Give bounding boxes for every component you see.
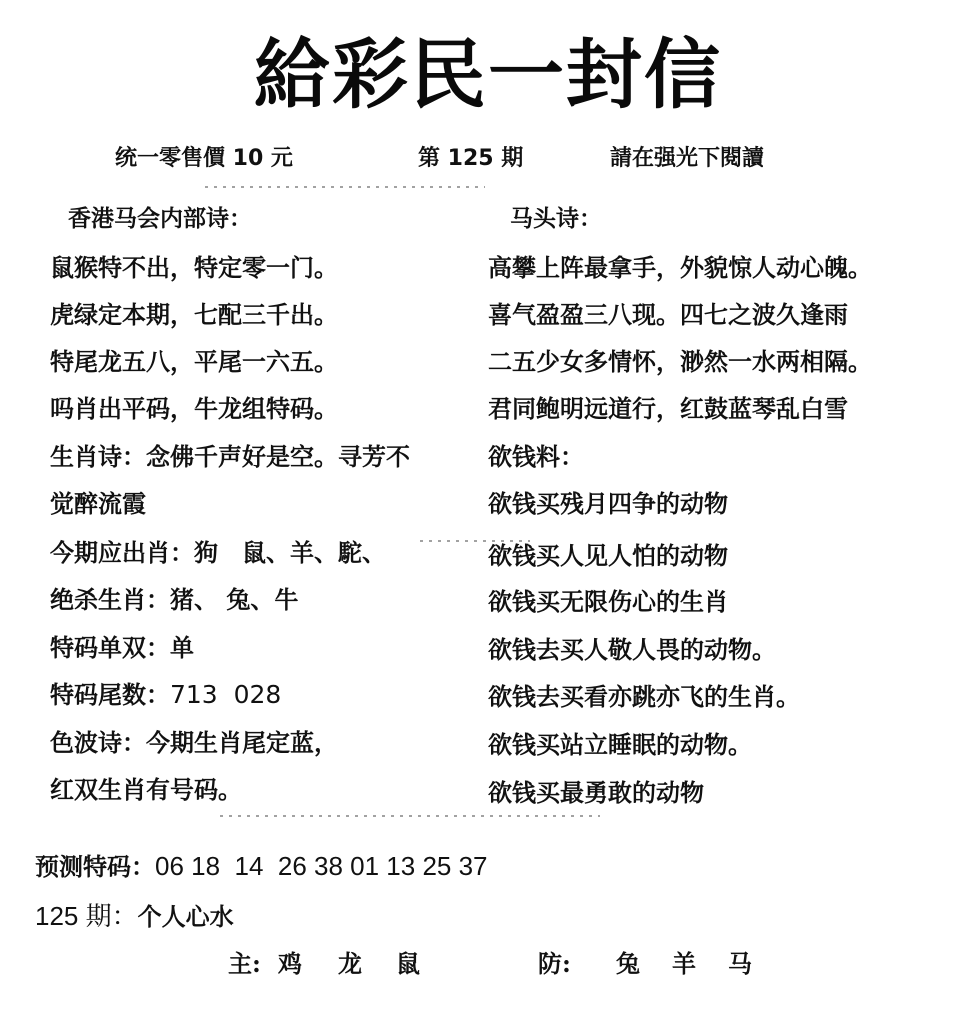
issue-tip-text: 个人心水: [138, 902, 234, 931]
main-label: 主:: [228, 948, 261, 980]
tail-number-label: 特码尾数：: [50, 680, 170, 709]
riddle-line: 欲钱买无限伤心的生肖: [488, 586, 728, 618]
color-poem-line: 色波诗：今期生肖尾定蓝，: [50, 727, 338, 759]
main-animal: 鼠: [396, 948, 420, 980]
tail-number-value: 713 028: [170, 680, 281, 709]
riddle-line: 欲钱买最勇敢的动物: [488, 777, 704, 809]
issue-tip-line: 125 期：个人心水: [35, 900, 234, 933]
left-line: 吗肖出平码，牛龙组特码。: [50, 393, 338, 425]
scan-artifact: [220, 815, 600, 817]
riddle-line: 欲钱去买人敬人畏的动物。: [488, 634, 776, 666]
prediction-label: 预测特码：: [35, 852, 155, 881]
guard-label: 防:: [538, 948, 571, 980]
page-title: 給彩民一封信: [0, 30, 976, 120]
hk-jockey-poem-heading: 香港马会内部诗：: [68, 204, 252, 234]
tail-number-line: 特码尾数：713 028: [50, 679, 281, 711]
issue-number: 第 125 期: [418, 145, 523, 173]
issue-tip-label: 125 期：: [35, 901, 138, 931]
riddle-line: 欲钱买残月四争的动物: [488, 488, 728, 520]
prediction-numbers: 06 18 14 26 38 01 13 25 37: [155, 851, 488, 881]
poem-line: 君同鲍明远道行，红鼓蓝琴乱白雪: [488, 393, 848, 425]
scan-artifact: [205, 186, 485, 188]
main-animal: 龙: [338, 948, 362, 980]
left-line: 特尾龙五八，平尾一六五。: [50, 346, 338, 378]
color-poem-line: 红双生肖有号码。: [50, 774, 242, 806]
horse-head-poem-heading: 马头诗：: [510, 204, 602, 234]
riddle-line: 欲钱买人见人怕的动物: [488, 540, 728, 572]
zodiac-poem-line: 生肖诗：念佛千声好是空。寻芳不: [50, 441, 410, 473]
zodiac-poem-line: 觉醉流霞: [50, 488, 146, 520]
guard-animal: 兔: [616, 948, 640, 980]
expected-zodiac-line: 今期应出肖：狗 鼠、羊、駝、: [50, 537, 386, 569]
excluded-zodiac-line: 绝杀生肖：猪、 兔、牛: [50, 584, 298, 616]
prediction-line: 预测特码：06 18 14 26 38 01 13 25 37: [35, 850, 488, 883]
riddle-line: 欲钱买站立睡眠的动物。: [488, 729, 752, 761]
poem-line: 二五少女多情怀，渺然一水两相隔。: [488, 346, 872, 378]
main-animal: 鸡: [278, 948, 302, 980]
odd-even-line: 特码单双：单: [50, 632, 194, 664]
riddle-line: 欲钱去买看亦跳亦飞的生肖。: [488, 681, 800, 713]
riddle-heading: 欲钱料：: [488, 441, 584, 473]
left-line: 虎绿定本期，七配三千出。: [50, 299, 338, 331]
poem-line: 高攀上阵最拿手，外貌惊人动心魄。: [488, 252, 872, 284]
reading-notice: 請在强光下閱讀: [610, 145, 764, 173]
poem-line: 喜气盈盈三八现。四七之波久逢雨: [488, 299, 848, 331]
guard-animal: 羊: [672, 948, 696, 980]
left-line: 鼠猴特不出，特定零一门。: [50, 252, 338, 284]
price-label: 统一零售價 10 元: [115, 145, 293, 173]
guard-animal: 马: [728, 948, 752, 980]
